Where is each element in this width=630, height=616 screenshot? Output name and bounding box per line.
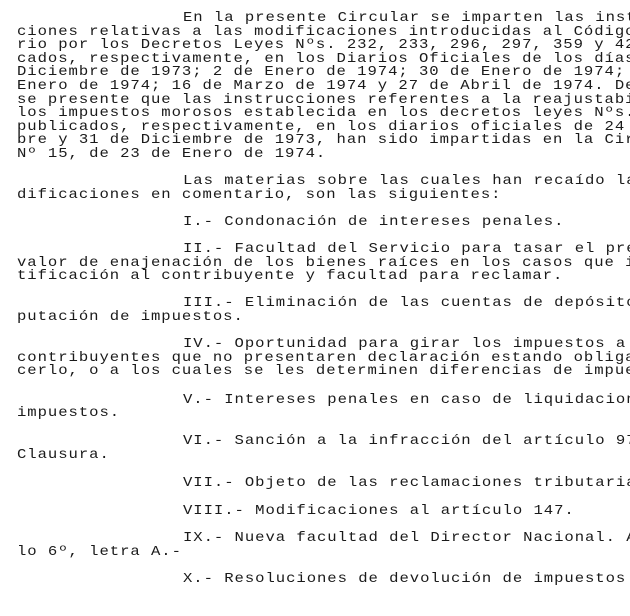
item-iv-line-3: cerlo, o a los cuales se les determinen … [17,364,630,377]
item-ix-line-1: IX.- Nueva facultad del Director Naciona… [183,531,630,544]
intro-line-1: En la presente Circular se imparten las … [183,11,630,24]
item-x-line-1: X.- Resoluciones de devolución de impues… [183,572,630,585]
intro-line-10: bre y 31 de Diciembre de 1973, han sido … [17,133,630,146]
item-ii-line-3: tificación al contribuyente y facultad p… [17,269,563,282]
item-vi-line-1: VI.- Sanción a la infracción del artícul… [183,434,630,447]
item-iii-line-2: putación de impuestos. [17,310,244,323]
item-ix-line-2: lo 6º, letra A.- [17,545,182,558]
item-ii-line-1: II.- Facultad del Servicio para tasar el… [183,242,630,255]
item-iii-line-1: III.- Eliminación de las cuentas de depó… [183,296,630,309]
item-v-line-2: impuestos. [17,406,120,419]
item-vi-line-2: Clausura. [17,448,110,461]
intro-line-6: Enero de 1974; 16 de Marzo de 1974 y 27 … [17,79,630,92]
topics-intro-line-2: dificaciones en comentario, son las sigu… [17,188,501,201]
item-iv-line-1: IV.- Oportunidad para girar los impuesto… [183,337,630,350]
intro-line-11: Nº 15, de 23 de Enero de 1974. [17,147,326,160]
item-i-line-1: I.- Condonación de intereses penales. [183,215,564,228]
intro-line-8: los impuestos morosos establecida en los… [17,106,630,119]
topics-intro-line-1: Las materias sobre las cuales han recaíd… [183,174,630,187]
item-v-line-1: V.- Intereses penales en caso de liquida… [183,393,630,406]
item-viii-line-1: VIII.- Modificaciones al artículo 147. [183,504,575,517]
item-vii-line-1: VII.- Objeto de las reclamaciones tribut… [183,476,630,489]
typewritten-circular-page: En la presente Circular se imparten las … [0,0,630,616]
intro-line-5: Diciembre de 1973; 2 de Enero de 1974; 3… [17,65,630,78]
intro-line-3: rio por los Decretos Leyes Nºs. 232, 233… [17,38,630,51]
